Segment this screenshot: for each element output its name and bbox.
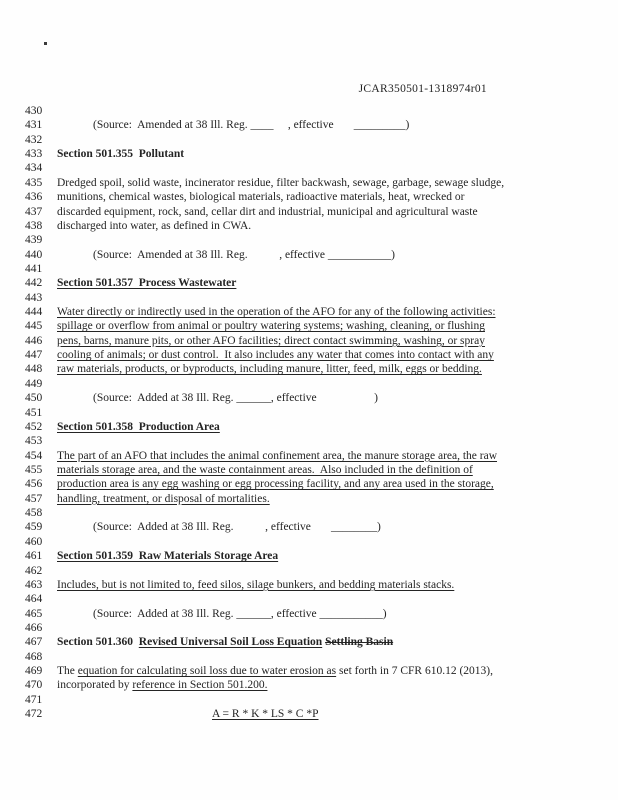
doc-line: 446pens, barns, manure pits, or other AF… (0, 334, 618, 348)
doc-line: 448raw materials, products, or byproduct… (0, 362, 618, 376)
doc-line: 465(Source: Added at 38 Ill. Reg. ______… (0, 607, 618, 621)
line-number: 461 (25, 549, 49, 563)
source-line: (Source: Amended at 38 Ill. Reg. , effec… (93, 248, 395, 262)
line-number: 448 (25, 362, 49, 376)
doc-line: 449 (0, 377, 618, 391)
body-text: Water directly or indirectly used in the… (57, 305, 496, 319)
doc-line: 472A = R * K * LS * C *P (0, 707, 618, 721)
line-number: 434 (25, 161, 49, 175)
inserted-text: The part of an AFO that includes the ani… (57, 450, 497, 462)
doc-line: 453 (0, 434, 618, 448)
line-number: 445 (25, 319, 49, 333)
text-segment: discarded equipment, rock, sand, cellar … (57, 206, 478, 218)
body-text: production area is any egg washing or eg… (57, 477, 494, 491)
rusle-formula: A = R * K * LS * C *P (212, 707, 319, 721)
doc-line: 437discarded equipment, rock, sand, cell… (0, 205, 618, 219)
document-lines: 430431(Source: Amended at 38 Ill. Reg. _… (0, 104, 618, 721)
section-heading-501-357: Section 501.357 Process Wastewater (57, 276, 236, 290)
body-text: The part of an AFO that includes the ani… (57, 449, 497, 463)
doc-line: 447cooling of animals; or dust control. … (0, 348, 618, 362)
source-line: (Source: Added at 38 Ill. Reg. ______, e… (93, 391, 378, 405)
line-number: 457 (25, 492, 49, 506)
doc-line: 438discharged into water, as defined in … (0, 219, 618, 233)
doc-line: 460 (0, 535, 618, 549)
line-number: 430 (25, 104, 49, 118)
doc-line: 441 (0, 262, 618, 276)
scan-artifact-dot (44, 42, 47, 45)
source-line: (Source: Added at 38 Ill. Reg. , effecti… (93, 520, 381, 534)
line-number: 450 (25, 391, 49, 405)
deleted-text: Settling Basin (325, 636, 393, 648)
inserted-text: reference in Section 501.200. (132, 679, 267, 691)
line-number: 469 (25, 664, 49, 678)
doc-line: 450(Source: Added at 38 Ill. Reg. ______… (0, 391, 618, 405)
line-number: 439 (25, 233, 49, 247)
line-number: 466 (25, 621, 49, 635)
line-number: 437 (25, 205, 49, 219)
doc-line: 470incorporated by reference in Section … (0, 678, 618, 692)
inserted-text: Water directly or indirectly used in the… (57, 306, 496, 318)
text-segment: set forth in 7 CFR 610.12 (2013), (336, 665, 493, 677)
line-number: 468 (25, 650, 49, 664)
inserted-text: raw materials, products, or byproducts, … (57, 363, 482, 375)
doc-line: 442Section 501.357 Process Wastewater (0, 276, 618, 290)
line-number: 467 (25, 635, 49, 649)
text-segment: Section 501.360 (57, 636, 139, 648)
doc-line: 468 (0, 650, 618, 664)
line-number: 438 (25, 219, 49, 233)
line-number: 456 (25, 477, 49, 491)
line-number: 458 (25, 506, 49, 520)
line-number: 440 (25, 248, 49, 262)
doc-line: 431(Source: Amended at 38 Ill. Reg. ____… (0, 118, 618, 132)
inserted-text: equation for calculating soil loss due t… (78, 665, 336, 677)
inserted-text: materials storage area, and the waste co… (57, 464, 473, 476)
line-number: 451 (25, 406, 49, 420)
doc-line: 433Section 501.355 Pollutant (0, 147, 618, 161)
text-segment: The (57, 665, 78, 677)
line-number: 447 (25, 348, 49, 362)
line-number: 453 (25, 434, 49, 448)
line-number: 459 (25, 520, 49, 534)
source-line: (Source: Amended at 38 Ill. Reg. ____ , … (93, 118, 409, 132)
text-segment: Section 501.355 Pollutant (57, 148, 184, 160)
source-line: (Source: Added at 38 Ill. Reg. ______, e… (93, 607, 387, 621)
line-number: 455 (25, 463, 49, 477)
line-number: 449 (25, 377, 49, 391)
doc-line: 444Water directly or indirectly used in … (0, 305, 618, 319)
inserted-text: Section 501.357 Process Wastewater (57, 277, 236, 289)
section-heading-501-359: Section 501.359 Raw Materials Storage Ar… (57, 549, 278, 563)
text-segment: (Source: Amended at 38 Ill. Reg. , effec… (93, 249, 395, 261)
section-heading-501-355: Section 501.355 Pollutant (57, 147, 184, 161)
doc-line: 462 (0, 564, 618, 578)
doc-line: 458 (0, 506, 618, 520)
body-text: Includes, but is not limited to, feed si… (57, 578, 454, 592)
line-number: 442 (25, 276, 49, 290)
inserted-text: spillage or overflow from animal or poul… (57, 320, 485, 332)
line-number: 462 (25, 564, 49, 578)
body-text: incorporated by reference in Section 501… (57, 678, 267, 692)
doc-line: 457handling, treatment, or disposal of m… (0, 492, 618, 506)
doc-line: 451 (0, 406, 618, 420)
section-heading-501-358: Section 501.358 Production Area (57, 420, 220, 434)
doc-line: 435Dredged spoil, solid waste, incinerat… (0, 176, 618, 190)
doc-line: 467Section 501.360 Revised Universal Soi… (0, 635, 618, 649)
line-number: 454 (25, 449, 49, 463)
line-number: 444 (25, 305, 49, 319)
line-number: 472 (25, 707, 49, 721)
line-number: 470 (25, 678, 49, 692)
inserted-text: Section 501.359 Raw Materials Storage Ar… (57, 550, 278, 562)
jcar-document-id: JCAR350501-1318974r01 (0, 83, 487, 95)
line-number: 435 (25, 176, 49, 190)
line-number: 436 (25, 190, 49, 204)
doc-line: 469The equation for calculating soil los… (0, 664, 618, 678)
line-number: 432 (25, 133, 49, 147)
inserted-text: Revised Universal Soil Loss Equation (139, 636, 322, 648)
text-segment: (Source: Added at 38 Ill. Reg. , effecti… (93, 521, 381, 533)
line-number: 464 (25, 592, 49, 606)
inserted-text: Includes, but is not limited to, feed si… (57, 579, 454, 591)
doc-line: 436munitions, chemical wastes, biologica… (0, 190, 618, 204)
doc-line: 443 (0, 291, 618, 305)
line-number: 441 (25, 262, 49, 276)
inserted-text: cooling of animals; or dust control. It … (57, 349, 494, 361)
inserted-text: handling, treatment, or disposal of mort… (57, 493, 270, 505)
body-text: cooling of animals; or dust control. It … (57, 348, 494, 362)
inserted-text: pens, barns, manure pits, or other AFO f… (57, 335, 485, 347)
body-text: discharged into water, as defined in CWA… (57, 219, 251, 233)
text-segment: Dredged spoil, solid waste, incinerator … (57, 177, 504, 189)
scanned-document-page: JCAR350501-1318974r01 430431(Source: Ame… (0, 0, 618, 800)
inserted-text: production area is any egg washing or eg… (57, 478, 494, 490)
body-text: discarded equipment, rock, sand, cellar … (57, 205, 478, 219)
text-segment: discharged into water, as defined in CWA… (57, 220, 251, 232)
doc-line: 430 (0, 104, 618, 118)
line-number: 431 (25, 118, 49, 132)
doc-line: 440(Source: Amended at 38 Ill. Reg. , ef… (0, 248, 618, 262)
doc-line: 454The part of an AFO that includes the … (0, 449, 618, 463)
section-heading-501-360: Section 501.360 Revised Universal Soil L… (57, 635, 393, 649)
line-number: 471 (25, 693, 49, 707)
doc-line: 452Section 501.358 Production Area (0, 420, 618, 434)
text-segment: incorporated by (57, 679, 132, 691)
doc-line: 439 (0, 233, 618, 247)
doc-line: 471 (0, 693, 618, 707)
line-number: 433 (25, 147, 49, 161)
text-segment: (Source: Added at 38 Ill. Reg. ______, e… (93, 392, 378, 404)
doc-line: 466 (0, 621, 618, 635)
doc-line: 455materials storage area, and the waste… (0, 463, 618, 477)
body-text: handling, treatment, or disposal of mort… (57, 492, 270, 506)
text-segment: (Source: Amended at 38 Ill. Reg. ____ , … (93, 119, 409, 131)
body-text: Dredged spoil, solid waste, incinerator … (57, 176, 504, 190)
body-text: raw materials, products, or byproducts, … (57, 362, 482, 376)
text-segment: munitions, chemical wastes, biological m… (57, 191, 464, 203)
body-text: pens, barns, manure pits, or other AFO f… (57, 334, 485, 348)
doc-line: 464 (0, 592, 618, 606)
doc-line: 461Section 501.359 Raw Materials Storage… (0, 549, 618, 563)
body-text: materials storage area, and the waste co… (57, 463, 473, 477)
line-number: 465 (25, 607, 49, 621)
line-number: 446 (25, 334, 49, 348)
doc-line: 456production area is any egg washing or… (0, 477, 618, 491)
doc-line: 463Includes, but is not limited to, feed… (0, 578, 618, 592)
doc-line: 434 (0, 161, 618, 175)
body-text: The equation for calculating soil loss d… (57, 664, 493, 678)
line-number: 463 (25, 578, 49, 592)
line-number: 460 (25, 535, 49, 549)
body-text: munitions, chemical wastes, biological m… (57, 190, 464, 204)
body-text: spillage or overflow from animal or poul… (57, 319, 485, 333)
doc-line: 459(Source: Added at 38 Ill. Reg. , effe… (0, 520, 618, 534)
line-number: 443 (25, 291, 49, 305)
text-segment: (Source: Added at 38 Ill. Reg. ______, e… (93, 608, 387, 620)
inserted-text: A = R * K * LS * C *P (212, 708, 319, 720)
doc-line: 432 (0, 133, 618, 147)
line-number: 452 (25, 420, 49, 434)
doc-line: 445spillage or overflow from animal or p… (0, 319, 618, 333)
inserted-text: Section 501.358 Production Area (57, 421, 220, 433)
